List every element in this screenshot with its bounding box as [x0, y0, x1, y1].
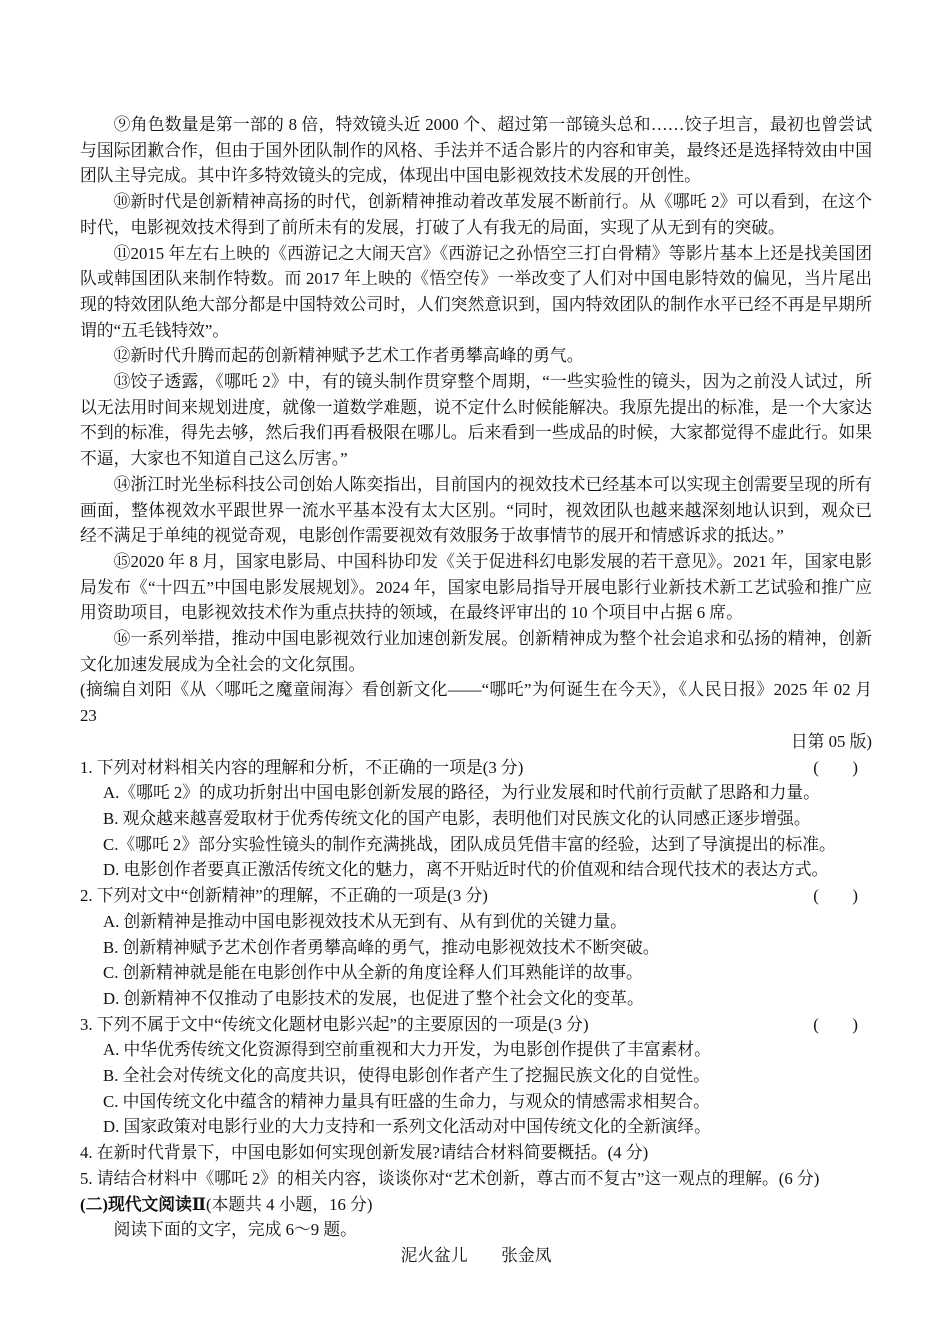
passage-paragraph-11: ⑪2015 年左右上映的《西游记之大闹天宫》《西游记之孙悟空三打白骨精》等影片基…	[80, 241, 872, 344]
question-1-option-b: B. 观众越来越喜爱取材于优秀传统文化的国产电影，表明他们对民族文化的认同感正逐…	[80, 806, 872, 832]
question-1: 1. 下列对材料相关内容的理解和分析，不正确的一项是(3 分) ( )	[80, 755, 872, 781]
section-2-header-title: (二)现代文阅读Ⅱ	[80, 1195, 206, 1214]
passage-paragraph-14: ⑭浙江时光坐标科技公司创始人陈奕指出，目前国内的视效技术已经基本可以实现主创需要…	[80, 472, 872, 549]
question-2-stem: 2. 下列对文中“创新精神”的理解，不正确的一项是(3 分)	[80, 883, 813, 909]
question-3-stem: 3. 下列不属于文中“传统文化题材电影兴起”的主要原因的一项是(3 分)	[80, 1012, 813, 1038]
question-3-option-d: D. 国家政策对电影行业的大力支持和一系列文化活动对中国传统文化的全新演绎。	[80, 1114, 872, 1140]
passage-paragraph-13: ⑬饺子透露，《哪吒 2》中，有的镜头制作贯穿整个周期，“一些实验性的镜头，因为之…	[80, 369, 872, 472]
question-3-option-a: A. 中华优秀传统文化资源得到空前重视和大力开发，为电影创作提供了丰富素材。	[80, 1037, 872, 1063]
question-3-answer-bracket: ( )	[813, 1012, 872, 1038]
question-1-option-d: D. 电影创作者要真正激活传统文化的魅力，离不开贴近时代的价值观和结合现代技术的…	[80, 857, 872, 883]
question-2-answer-bracket: ( )	[813, 883, 872, 909]
passage-title: 泥火盆儿 张金凤	[80, 1243, 872, 1269]
question-2-option-c: C. 创新精神就是能在电影创作中从全新的角度诠释人们耳熟能详的故事。	[80, 960, 872, 986]
question-2-option-b: B. 创新精神赋予艺术创作者勇攀高峰的勇气，推动电影视效技术不断突破。	[80, 935, 872, 961]
question-3: 3. 下列不属于文中“传统文化题材电影兴起”的主要原因的一项是(3 分) ( )	[80, 1012, 872, 1038]
question-4: 4. 在新时代背景下，中国电影如何实现创新发展?请结合材料简要概括。(4 分)	[80, 1140, 872, 1166]
question-2-option-d: D. 创新精神不仅推动了电影技术的发展，也促进了整个社会文化的变革。	[80, 986, 872, 1012]
question-3-option-b: B. 全社会对传统文化的高度共识，使得电影创作者产生了挖掘民族文化的自觉性。	[80, 1063, 872, 1089]
passage-paragraph-12: ⑫新时代升腾而起菂创新精神赋予艺术工作者勇攀高峰的勇气。	[80, 343, 872, 369]
question-1-option-c: C.《哪吒 2》部分实验性镜头的制作充满挑战，团队成员凭借丰富的经验，达到了导演…	[80, 832, 872, 858]
question-2: 2. 下列对文中“创新精神”的理解，不正确的一项是(3 分) ( )	[80, 883, 872, 909]
question-5: 5. 请结合材料中《哪吒 2》的相关内容，谈谈你对“艺术创新，尊古而不复古”这一…	[80, 1166, 872, 1192]
source-attribution-line1: (摘编自刘阳《从〈哪吒之魔童闹海〉看创新文化——“哪吒”为何诞生在今天》，《人民…	[80, 677, 872, 728]
passage-paragraph-16: ⑯一系列举措，推动中国电影视效行业加速创新发展。创新精神成为整个社会追求和弘扬的…	[80, 626, 872, 677]
question-3-option-c: C. 中国传统文化中蕴含的精神力量具有旺盛的生命力，与观众的情感需求相契合。	[80, 1089, 872, 1115]
question-2-option-a: A. 创新精神是推动中国电影视效技术从无到有、从有到优的关键力量。	[80, 909, 872, 935]
exam-page: ⑨角色数量是第一部的 8 倍，特效镜头近 2000 个、超过第一部镜头总和……饺…	[80, 112, 872, 1269]
question-1-stem: 1. 下列对材料相关内容的理解和分析，不正确的一项是(3 分)	[80, 755, 813, 781]
question-1-answer-bracket: ( )	[813, 755, 872, 781]
passage-paragraph-10: ⑩新时代是创新精神高扬的时代，创新精神推动着改革发展不断前行。从《哪吒 2》可以…	[80, 189, 872, 240]
reading-intro: 阅读下面的文字，完成 6～9 题。	[80, 1217, 872, 1243]
passage-paragraph-15: ⑮2020 年 8 月，国家电影局、中国科协印发《关于促进科幻电影发展的若干意见…	[80, 549, 872, 626]
section-2-header: (二)现代文阅读Ⅱ(本题共 4 小题，16 分)	[80, 1192, 872, 1218]
question-1-option-a: A.《哪吒 2》的成功折射出中国电影创新发展的路径，为行业发展和时代前行贡献了思…	[80, 780, 872, 806]
source-attribution-line2: 日第 05 版)	[80, 729, 872, 755]
passage-paragraph-9: ⑨角色数量是第一部的 8 倍，特效镜头近 2000 个、超过第一部镜头总和……饺…	[80, 112, 872, 189]
section-2-header-note: (本题共 4 小题，16 分)	[206, 1195, 372, 1214]
